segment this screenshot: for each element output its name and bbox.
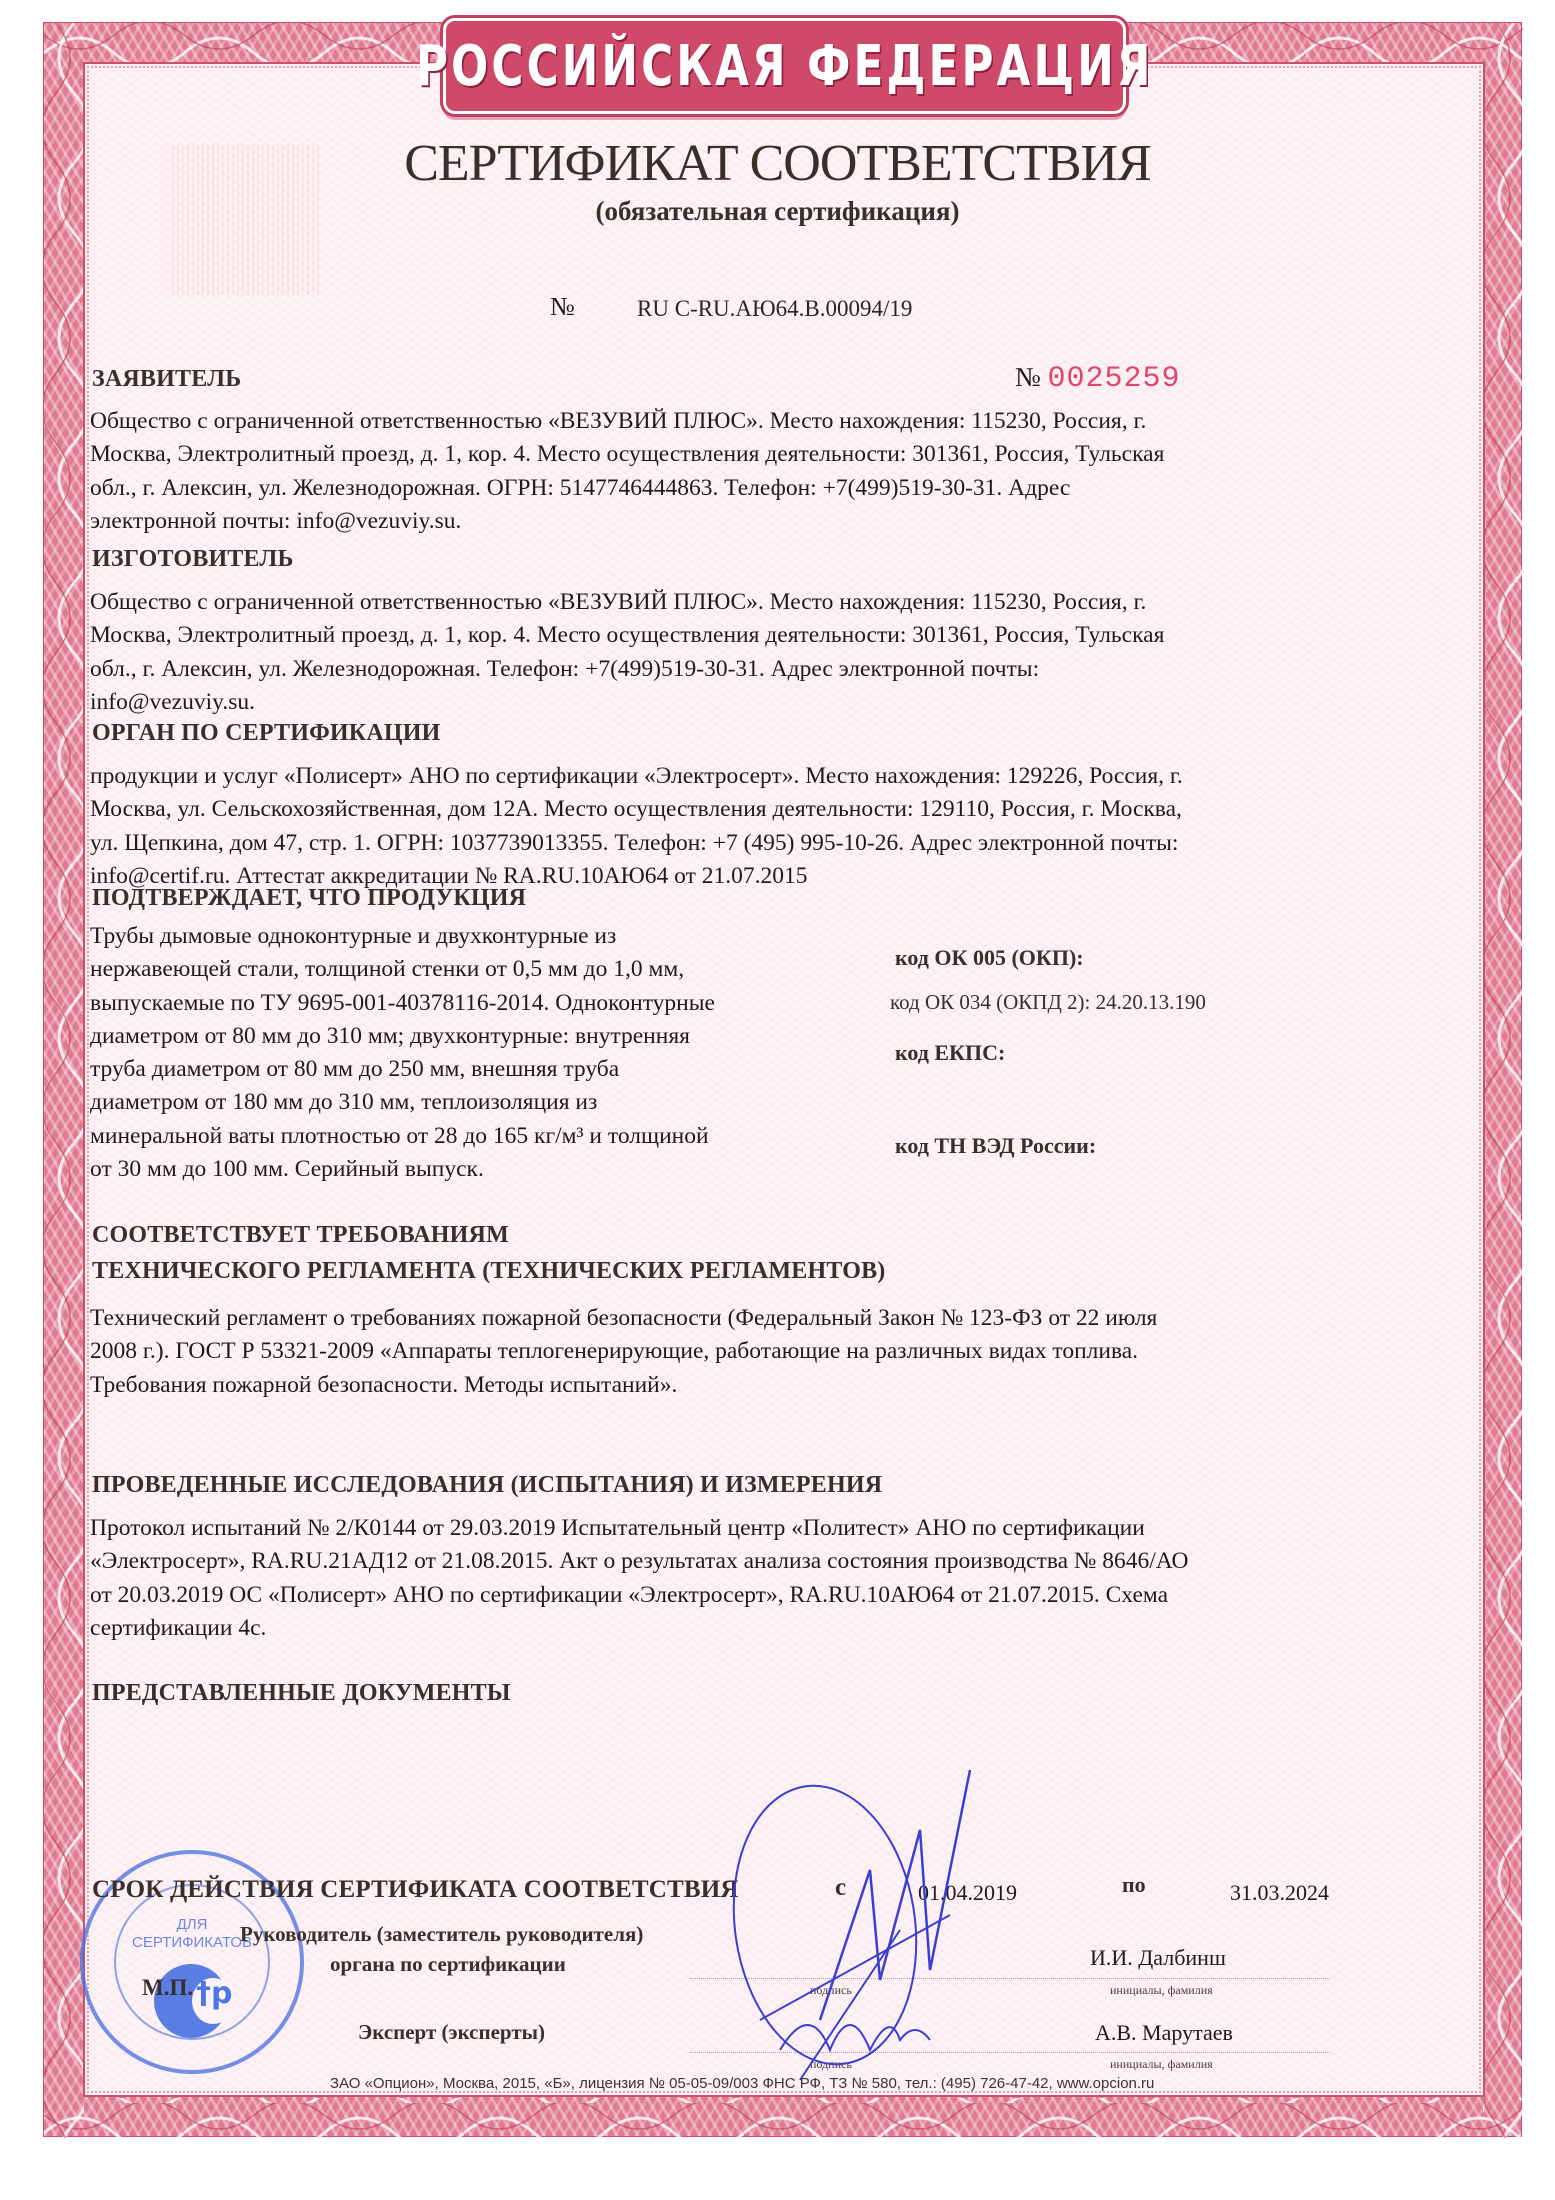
number-symbol: № [550,292,575,322]
stamp-logo-text: †р [196,1976,232,2011]
document-subtitle: (обязательная сертификация) [0,196,1555,227]
expert-role-label: Эксперт (эксперты) [358,2020,545,2045]
documents-heading: ПРЕДСТАВЛЕННЫЕ ДОКУМЕНТЫ [92,1680,511,1707]
expert-signature-caption: подпись [810,2057,852,2072]
text-line: Общество с ограниченной ответственностью… [90,586,1164,619]
head-name-caption: инициалы, фамилия [1110,1983,1213,1998]
text-line: от 20.03.2019 ОС «Полисерт» АНО по серти… [90,1579,1189,1612]
expert-name-line [1020,2052,1330,2053]
text-line: info@vezuviy.su. [90,686,1164,719]
certification-body-details: продукции и услуг «Полисерт» АНО по серт… [90,760,1183,893]
printer-imprint: ЗАО «Опцион», Москва, 2015, «Б», лицензи… [330,2075,1154,2092]
certificate-number: RU C-RU.АЮ64.В.00094/19 [637,296,912,322]
text-line: Требования пожарной безопасности. Методы… [90,1369,1157,1402]
seal-place-label: М.П. [142,1975,193,2001]
applicant-heading: ЗАЯВИТЕЛЬ [92,366,241,393]
okpd2-code: код ОК 034 (ОКПД 2): 24.20.13.190 [890,990,1206,1015]
banner-text: РОССИЙСКАЯ ФЕДЕРАЦИЯ [416,34,1154,99]
validity-to-date: 31.03.2024 [1230,1880,1329,1906]
head-role-label-2: органа по сертификации [330,1952,566,1977]
text-line: сертификации 4с. [90,1612,1189,1645]
text-line: обл., г. Алексин, ул. Железнодорожная. О… [90,472,1164,505]
text-line: электронной почты: info@vezuviy.su. [90,505,1164,538]
text-line: выпускаемые по ТУ 9695-001-40378116-2014… [90,987,715,1020]
product-heading: ПОДТВЕРЖДАЕТ, ЧТО ПРОДУКЦИЯ [92,885,526,912]
serial-symbol: № [1015,362,1041,392]
text-line: «Электросерт», RA.RU.21АД12 от 21.08.201… [90,1545,1189,1578]
serial-value: 0025259 [1048,362,1181,396]
head-name-line [1020,1978,1330,1979]
applicant-details: Общество с ограниченной ответственностью… [90,405,1164,538]
head-signature-caption: подпись [810,1983,852,1998]
text-line: Протокол испытаний № 2/К0144 от 29.03.20… [90,1512,1189,1545]
text-line: Москва, ул. Сельскохозяйственная, дом 12… [90,793,1183,826]
validity-from-date: 01.04.2019 [918,1880,1017,1906]
manufacturer-heading: ИЗГОТОВИТЕЛЬ [92,546,294,573]
text-line: продукции и услуг «Полисерт» АНО по серт… [90,760,1183,793]
expert-name-caption: инициалы, фамилия [1110,2057,1213,2072]
text-line: обл., г. Алексин, ул. Железнодорожная. Т… [90,653,1164,686]
manufacturer-details: Общество с ограниченной ответственностью… [90,586,1164,719]
tests-text: Протокол испытаний № 2/К0144 от 29.03.20… [90,1512,1189,1645]
head-signature-line [690,1978,1020,1979]
validity-heading: СРОК ДЕЙСТВИЯ СЕРТИФИКАТА СООТВЕТСТВИЯ [92,1876,739,1904]
validity-from-label: с [835,1874,846,1902]
text-line: минеральной ваты плотностью от 28 до 165… [90,1120,715,1153]
expert-name: А.В. Марутаев [1095,2020,1233,2046]
text-line: труба диаметром от 80 мм до 250 мм, внеш… [90,1053,715,1086]
text-line: нержавеющей стали, толщиной стенки от 0,… [90,953,715,986]
expert-signature-line [690,2052,1020,2053]
text-line: Москва, Электролитный проезд, д. 1, кор.… [90,438,1164,471]
country-banner: РОССИЙСКАЯ ФЕДЕРАЦИЯ [443,18,1126,114]
text-line: Трубы дымовые одноконтурные и двухконтур… [90,920,715,953]
requirements-heading-1: СООТВЕТСТВУЕТ ТРЕБОВАНИЯМ [92,1222,509,1249]
text-line: диаметром от 180 мм до 310 мм, теплоизол… [90,1086,715,1119]
tests-heading: ПРОВЕДЕННЫЕ ИССЛЕДОВАНИЯ (ИСПЫТАНИЯ) И И… [92,1472,882,1499]
ekps-code-label: код ЕКПС: [895,1040,1005,1066]
product-description: Трубы дымовые одноконтурные и двухконтур… [90,920,715,1186]
head-role-label-1: Руководитель (заместитель руководителя) [240,1922,643,1947]
requirements-text: Технический регламент о требованиях пожа… [90,1302,1157,1402]
head-name: И.И. Далбинш [1090,1945,1226,1971]
text-line: Москва, Электролитный проезд, д. 1, кор.… [90,619,1164,652]
text-line: Общество с ограниченной ответственностью… [90,405,1164,438]
form-serial-number: № 0025259 [1015,362,1181,396]
text-line: диаметром от 80 мм до 310 мм; двухконтур… [90,1020,715,1053]
validity-to-label: по [1122,1872,1146,1898]
tnved-code-label: код ТН ВЭД России: [895,1133,1096,1159]
document-title: СЕРТИФИКАТ СООТВЕТСТВИЯ [0,134,1555,193]
text-line: Технический регламент о требованиях пожа… [90,1302,1157,1335]
okp-code-label: код ОК 005 (ОКП): [895,945,1084,971]
text-line: от 30 мм до 100 мм. Серийный выпуск. [90,1153,715,1186]
text-line: ул. Щепкина, дом 47, стр. 1. ОГРН: 10377… [90,827,1183,860]
certification-body-heading: ОРГАН ПО СЕРТИФИКАЦИИ [92,720,441,747]
text-line: 2008 г.). ГОСТ Р 53321-2009 «Аппараты те… [90,1335,1157,1368]
requirements-heading-2: ТЕХНИЧЕСКОГО РЕГЛАМЕНТА (ТЕХНИЧЕСКИХ РЕГ… [92,1258,886,1285]
